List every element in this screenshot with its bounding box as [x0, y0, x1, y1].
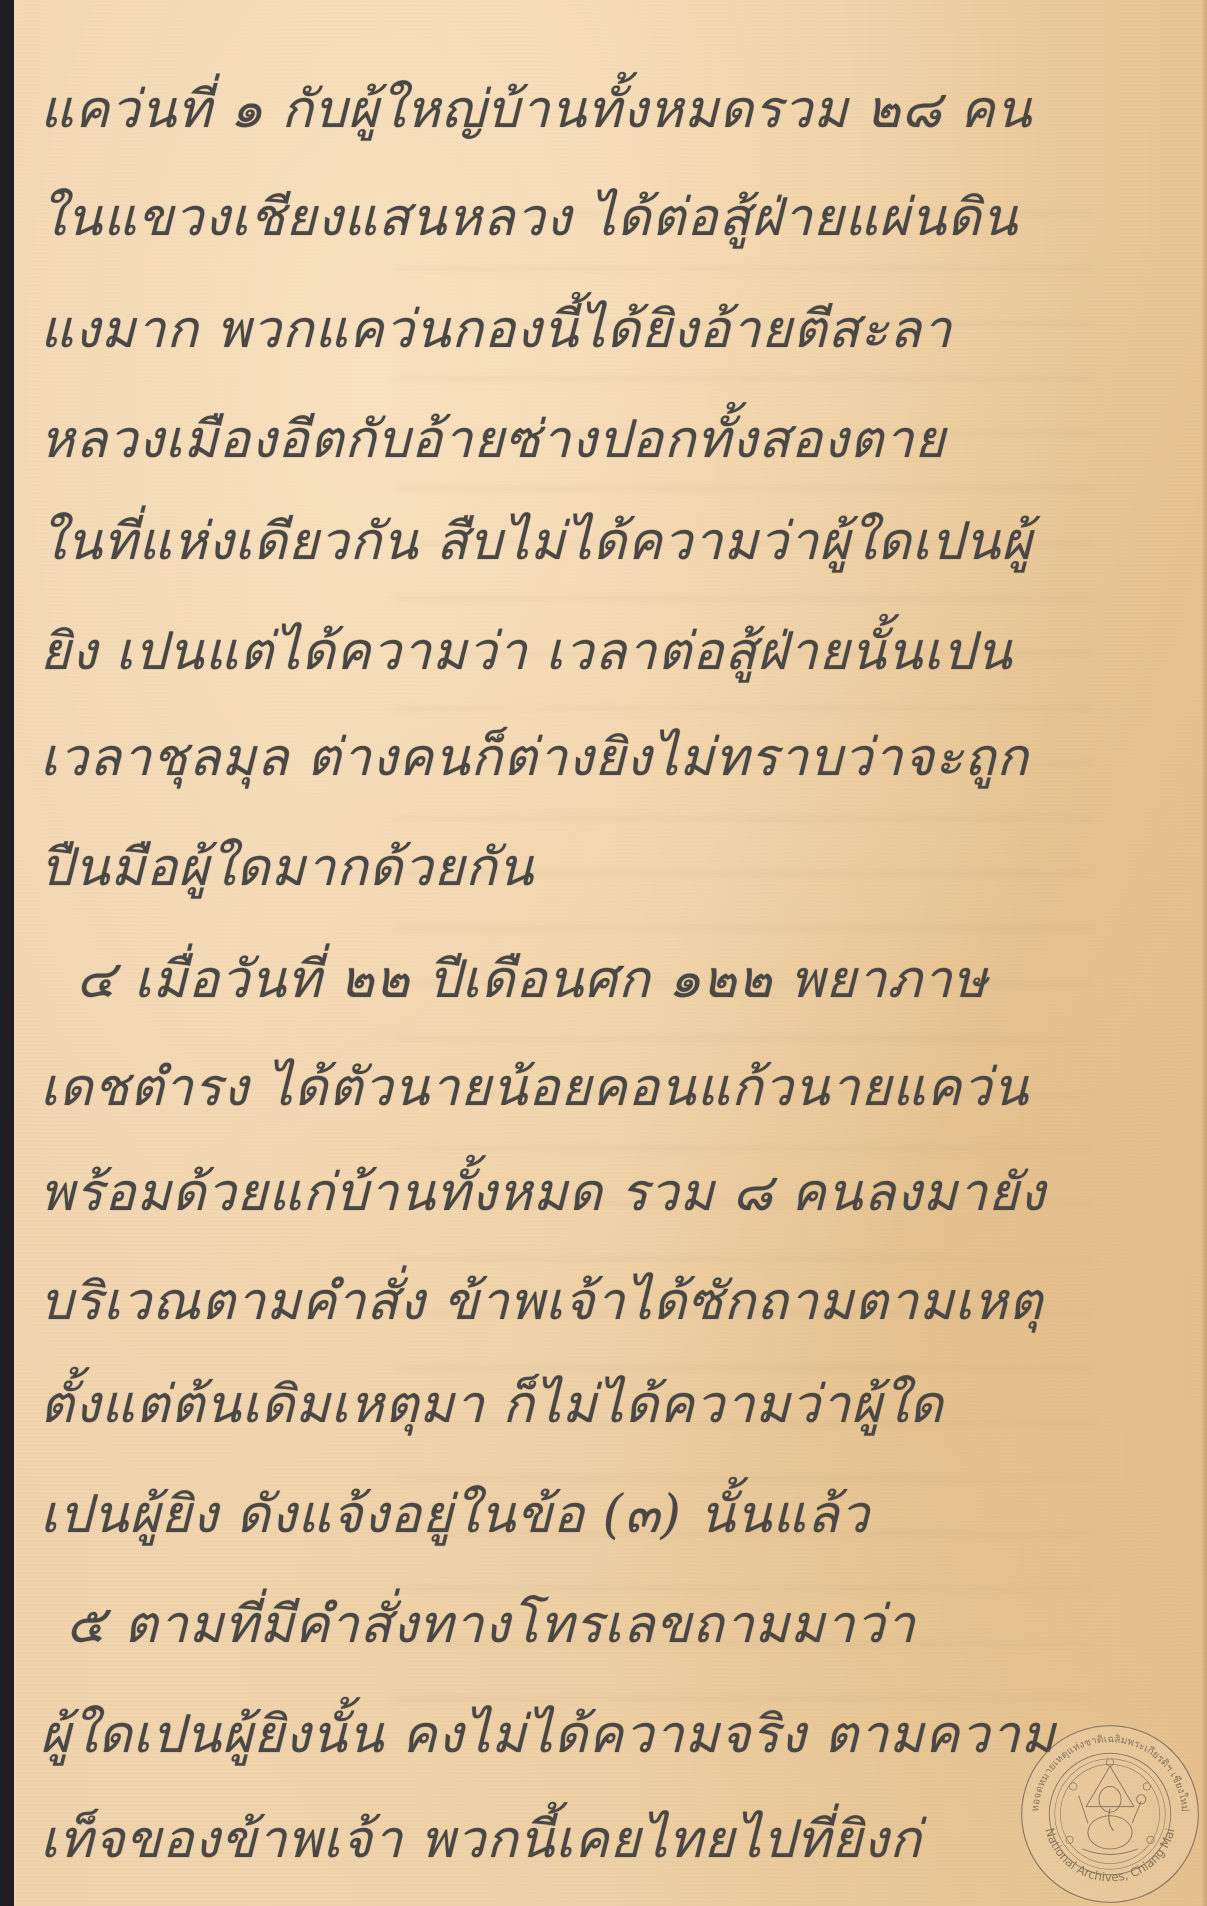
- text-line-17: เท็จของข้าพเจ้า พวกนี้เคยไทยไปที่ยิงก่: [40, 1810, 922, 1870]
- document-page: แคว่นที่ ๑ กับผู้ใหญ่บ้านทั้งหมดรวม ๒๘ ค…: [14, 0, 1207, 1906]
- text-line-5: ในที่แห่งเดียวกัน สืบไม่ได้ความว่าผู้ใดเ…: [40, 512, 1033, 572]
- text-line-1: แคว่นที่ ๑ กับผู้ใหญ่บ้านทั้งหมดรวม ๒๘ ค…: [40, 80, 1032, 140]
- text-line-9-paragraph-4: ๔ เมื่อวันที่ ๒๒ ปีเดือนศก ๑๒๒ พยาภาษ: [76, 950, 988, 1010]
- text-line-7: เวลาชุลมุล ต่างคนก็ต่างยิงไม่ทราบว่าจะถู…: [40, 728, 1029, 788]
- text-line-8: ปืนมือผู้ใดมากด้วยกัน: [40, 838, 534, 898]
- text-line-3: แงมาก พวกแคว่นกองนี้ได้ยิงอ้ายตีสะลา: [40, 300, 952, 360]
- text-line-6: ยิง เปนแต่ได้ความว่า เวลาต่อสู้ฝ่ายนั้นเ…: [40, 622, 1013, 682]
- text-line-14: เปนผู้ยิง ดังแจ้งอยู่ในข้อ (๓) นั้นแล้ว: [40, 1485, 870, 1545]
- archive-stamp: หอจดหมายเหตุแห่งชาติเฉลิมพระเกียรติฯ เชี…: [1018, 1722, 1202, 1906]
- text-line-13: ตั้งแต่ต้นเดิมเหตุมา ก็ไม่ได้ความว่าผู้ใ…: [40, 1375, 944, 1435]
- text-line-4: หลวงเมืองอีตกับอ้ายซ่างปอกทั้งสองตาย: [40, 410, 946, 470]
- text-line-12: บริเวณตามคำสั่ง ข้าพเจ้าได้ซักถามตามเหตุ: [40, 1272, 1043, 1332]
- text-line-10: เดชตำรง ได้ตัวนายน้อยคอนแก้วนายแคว่น: [40, 1058, 1029, 1118]
- text-line-16: ผู้ใดเปนผู้ยิงนั้น คงไม่ได้ความจริง ตามค…: [40, 1705, 1056, 1765]
- text-line-15-paragraph-5: ๕ ตามที่มีคำสั่งทางโทรเลขถามมาว่า: [66, 1595, 916, 1655]
- text-line-2: ในแขวงเชียงแสนหลวง ได้ต่อสู้ฝ่ายแผ่นดิน: [40, 188, 1018, 248]
- ganesha-icon: หอจดหมายเหตุแห่งชาติเฉลิมพระเกียรติฯ เชี…: [1018, 1722, 1202, 1906]
- text-line-11: พร้อมด้วยแก่บ้านทั้งหมด รวม ๘ คนลงมายัง: [40, 1163, 1046, 1223]
